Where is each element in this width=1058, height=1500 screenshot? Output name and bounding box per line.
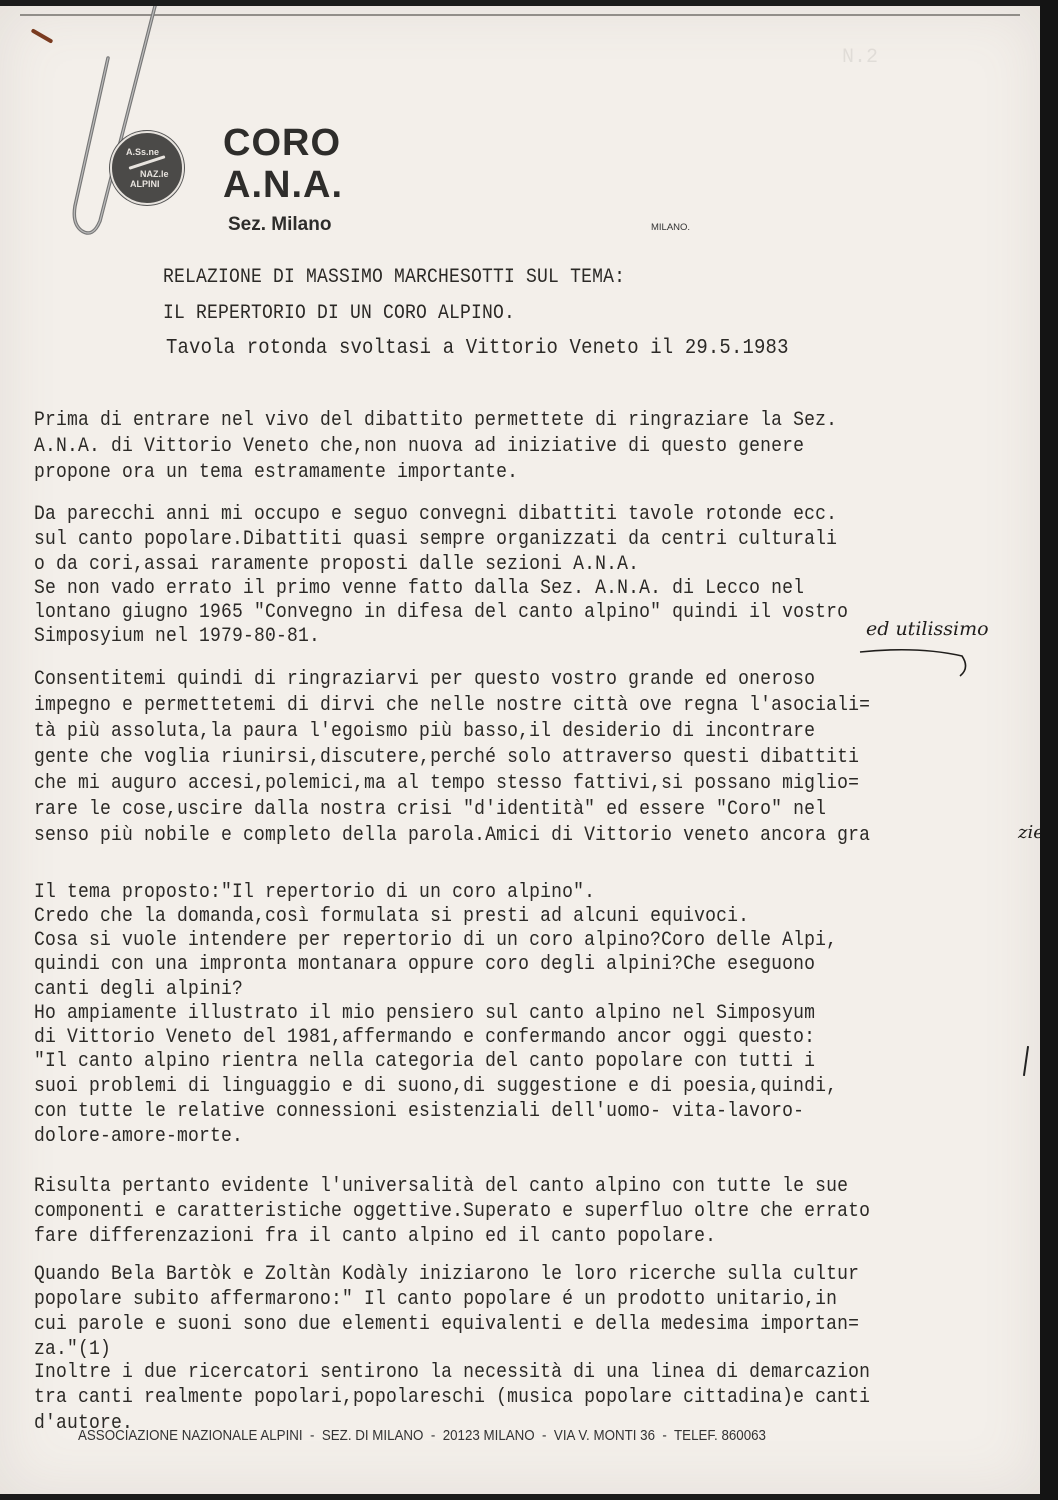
logo-text-top: A.Ss.ne bbox=[126, 147, 159, 157]
ana-logo: A.Ss.ne NAZ.le ALPINI bbox=[110, 131, 184, 205]
body-line: Quando Bela Bartòk e Zoltàn Kodàly inizi… bbox=[34, 1265, 859, 1286]
body-line: suoi problemi di linguaggio e di suono,d… bbox=[34, 1077, 837, 1098]
body-line: con tutte le relative connessioni esiste… bbox=[34, 1102, 804, 1123]
report-subject: IL REPERTORIO DI UN CORO ALPINO. bbox=[163, 304, 515, 325]
scan-border bbox=[1040, 0, 1058, 1500]
report-event: Tavola rotonda svoltasi a Vittorio Venet… bbox=[166, 338, 789, 360]
body-line: za."(1) bbox=[34, 1340, 111, 1361]
body-line: quindi con una impronta montanara oppure… bbox=[34, 955, 815, 976]
brand-coro: CORO bbox=[223, 122, 341, 165]
body-line: tra canti realmente popolari,popolaresch… bbox=[34, 1388, 870, 1409]
insert-caret-mark bbox=[858, 646, 970, 678]
body-line: Cosa si vuole intendere per repertorio d… bbox=[34, 931, 837, 952]
body-line: Simposyium nel 1979-80-81. bbox=[34, 627, 320, 648]
body-line: propone ora un tema estramamente importa… bbox=[34, 463, 518, 484]
body-line: rare le cose,uscire dalla nostra crisi "… bbox=[34, 800, 826, 821]
bleed-through-page-number: N.2 bbox=[842, 46, 878, 69]
rust-mark bbox=[31, 28, 54, 43]
letterhead-footer: ASSOCIAZIONE NAZIONALE ALPINI - SEZ. DI … bbox=[78, 1428, 766, 1444]
body-line: impegno e permettetemi di dirvi che nell… bbox=[34, 696, 870, 717]
brand-ana: A.N.A. bbox=[223, 164, 343, 207]
body-line: sul canto popolare.Dibattiti quasi sempr… bbox=[34, 530, 837, 551]
body-line: dolore-amore-morte. bbox=[34, 1127, 243, 1148]
handwritten-insert: ed utilissimo bbox=[866, 618, 989, 640]
eagle-wing-icon bbox=[128, 155, 165, 170]
report-title: RELAZIONE DI MASSIMO MARCHESOTTI SUL TEM… bbox=[163, 268, 625, 289]
brand-section: Sez. Milano bbox=[228, 214, 331, 236]
city-label: MILANO. bbox=[651, 222, 690, 233]
body-line: Se non vado errato il primo venne fatto … bbox=[34, 579, 804, 600]
body-line: popolare subito affermarono:" Il canto p… bbox=[34, 1290, 837, 1311]
paperclip-icon bbox=[60, 6, 170, 246]
body-line: Prima di entrare nel vivo del dibattito … bbox=[34, 411, 837, 432]
body-line: Ho ampiamente illustrato il mio pensiero… bbox=[34, 1004, 815, 1025]
body-line: Credo che la domanda,così formulata si p… bbox=[34, 907, 749, 928]
body-line: cui parole e suoni sono due elementi equ… bbox=[34, 1315, 859, 1336]
body-line: Da parecchi anni mi occupo e seguo conve… bbox=[34, 505, 837, 526]
body-line: Consentitemi quindi di ringraziarvi per … bbox=[34, 670, 815, 691]
body-line: "Il canto alpino rientra nella categoria… bbox=[34, 1052, 815, 1073]
body-line: componenti e caratteristiche oggettive.S… bbox=[34, 1202, 870, 1223]
body-line: A.N.A. di Vittorio Veneto che,non nuova … bbox=[34, 437, 804, 458]
body-line: lontano giugno 1965 "Convegno in difesa … bbox=[34, 603, 848, 624]
body-line: che mi auguro accesi,polemici,ma al temp… bbox=[34, 774, 859, 795]
body-line: canti degli alpini? bbox=[34, 980, 243, 1001]
margin-mark bbox=[1023, 1046, 1029, 1076]
body-line: Risulta pertanto evidente l'universalità… bbox=[34, 1177, 848, 1198]
body-line: gente che voglia riunirsi,discutere,perc… bbox=[34, 748, 859, 769]
body-line: Il tema proposto:"Il repertorio di un co… bbox=[34, 883, 595, 904]
body-line: fare differenzazioni fra il canto alpino… bbox=[34, 1227, 716, 1248]
body-line: tà più assoluta,la paura l'egoismo più b… bbox=[34, 722, 815, 743]
body-line: senso più nobile e completo della parola… bbox=[34, 826, 870, 847]
page-top-edge bbox=[20, 14, 1020, 16]
logo-text-mid: NAZ.le bbox=[140, 169, 169, 179]
document-page: N.2 A.Ss.ne NAZ.le ALPINI CORO A.N.A. Se… bbox=[0, 6, 1040, 1494]
body-line: di Vittorio Veneto del 1981,affermando e… bbox=[34, 1028, 815, 1049]
body-line: Inoltre i due ricercatori sentirono la n… bbox=[34, 1363, 870, 1384]
logo-text-bottom: ALPINI bbox=[130, 179, 160, 189]
body-line: o da cori,assai raramente proposti dalle… bbox=[34, 555, 639, 576]
